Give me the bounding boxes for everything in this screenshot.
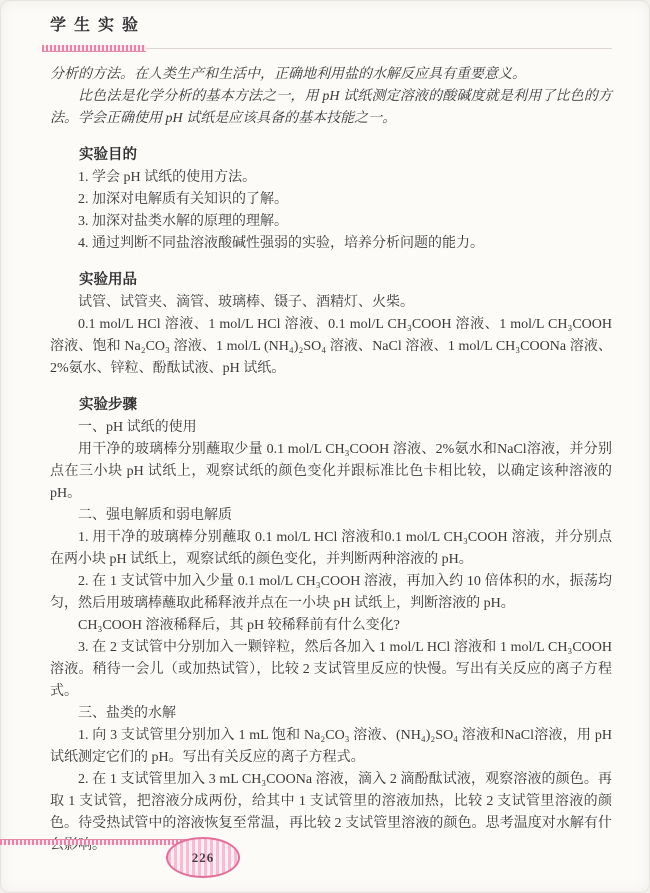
textbook-page: 学生实验 分析的方法。在人类生产和生活中，正确地利用盐的水解反应具有重要意义。 … xyxy=(0,0,650,893)
supplies-equipment: 试管、试管夹、滴管、玻璃棒、镊子、酒精灯、火柴。 xyxy=(50,292,612,314)
purpose-item-2: 2. 加深对电解质有关知识的了解。 xyxy=(50,189,612,211)
header-decoration xyxy=(42,44,612,52)
steps-subheading-3: 三、盐类的水解 xyxy=(50,703,612,725)
supplies-heading: 实验用品 xyxy=(50,271,612,289)
steps-subheading-1: 一、pH 试纸的使用 xyxy=(50,417,612,439)
header-rule-line xyxy=(146,48,612,49)
steps-part1-paragraph: 用干净的玻璃棒分别蘸取少量 0.1 mol/L CH₃COOH 溶液、2%氨水和… xyxy=(50,439,612,505)
steps-part3-step-1: 1. 向 3 支试管里分别加入 1 mL 饱和 Na₂CO₃ 溶液、(NH₄)₂… xyxy=(50,725,612,769)
steps-subheading-2: 二、强电解质和弱电解质 xyxy=(50,505,612,527)
steps-part2-step-1: 1. 用干净的玻璃棒分别蘸取 0.1 mol/L HCl 溶液和0.1 mol/… xyxy=(50,527,612,571)
steps-heading: 实验步骤 xyxy=(50,396,612,414)
supplies-reagents: 0.1 mol/L HCl 溶液、1 mol/L HCl 溶液、0.1 mol/… xyxy=(50,314,612,380)
steps-part2-step-3: 3. 在 2 支试管中分别加入一颗锌粒，然后各加入 1 mol/L HCl 溶液… xyxy=(50,637,612,703)
steps-part2-question: CH₃COOH 溶液稀释后，其 pH 较稀释前有什么变化? xyxy=(50,615,612,637)
page-title: 学生实验 xyxy=(50,12,612,35)
page-header: 学生实验 xyxy=(0,0,650,52)
purpose-item-1: 1. 学会 pH 试纸的使用方法。 xyxy=(50,167,612,189)
intro-paragraph-continuation: 分析的方法。在人类生产和生活中，正确地利用盐的水解反应具有重要意义。 xyxy=(50,64,612,86)
page-number-badge: 226 xyxy=(166,837,240,878)
intro-paragraph: 比色法是化学分析的基本方法之一，用 pH 试纸测定溶液的酸碱度就是利用了比色的方… xyxy=(50,86,612,130)
footer-stripe-bar xyxy=(0,839,193,845)
page-content: 分析的方法。在人类生产和生活中，正确地利用盐的水解反应具有重要意义。 比色法是化… xyxy=(0,52,650,857)
page-number: 226 xyxy=(192,850,215,866)
purpose-item-4: 4. 通过判断不同盐溶液酸碱性强弱的实验，培养分析问题的能力。 xyxy=(50,233,612,255)
steps-part2-step-2: 2. 在 1 支试管中加入少量 0.1 mol/L CH₃COOH 溶液，再加入… xyxy=(50,571,612,615)
purpose-item-3: 3. 加深对盐类水解的原理的理解。 xyxy=(50,211,612,233)
purpose-heading: 实验目的 xyxy=(50,146,612,164)
pink-stripe-bar xyxy=(42,45,146,52)
